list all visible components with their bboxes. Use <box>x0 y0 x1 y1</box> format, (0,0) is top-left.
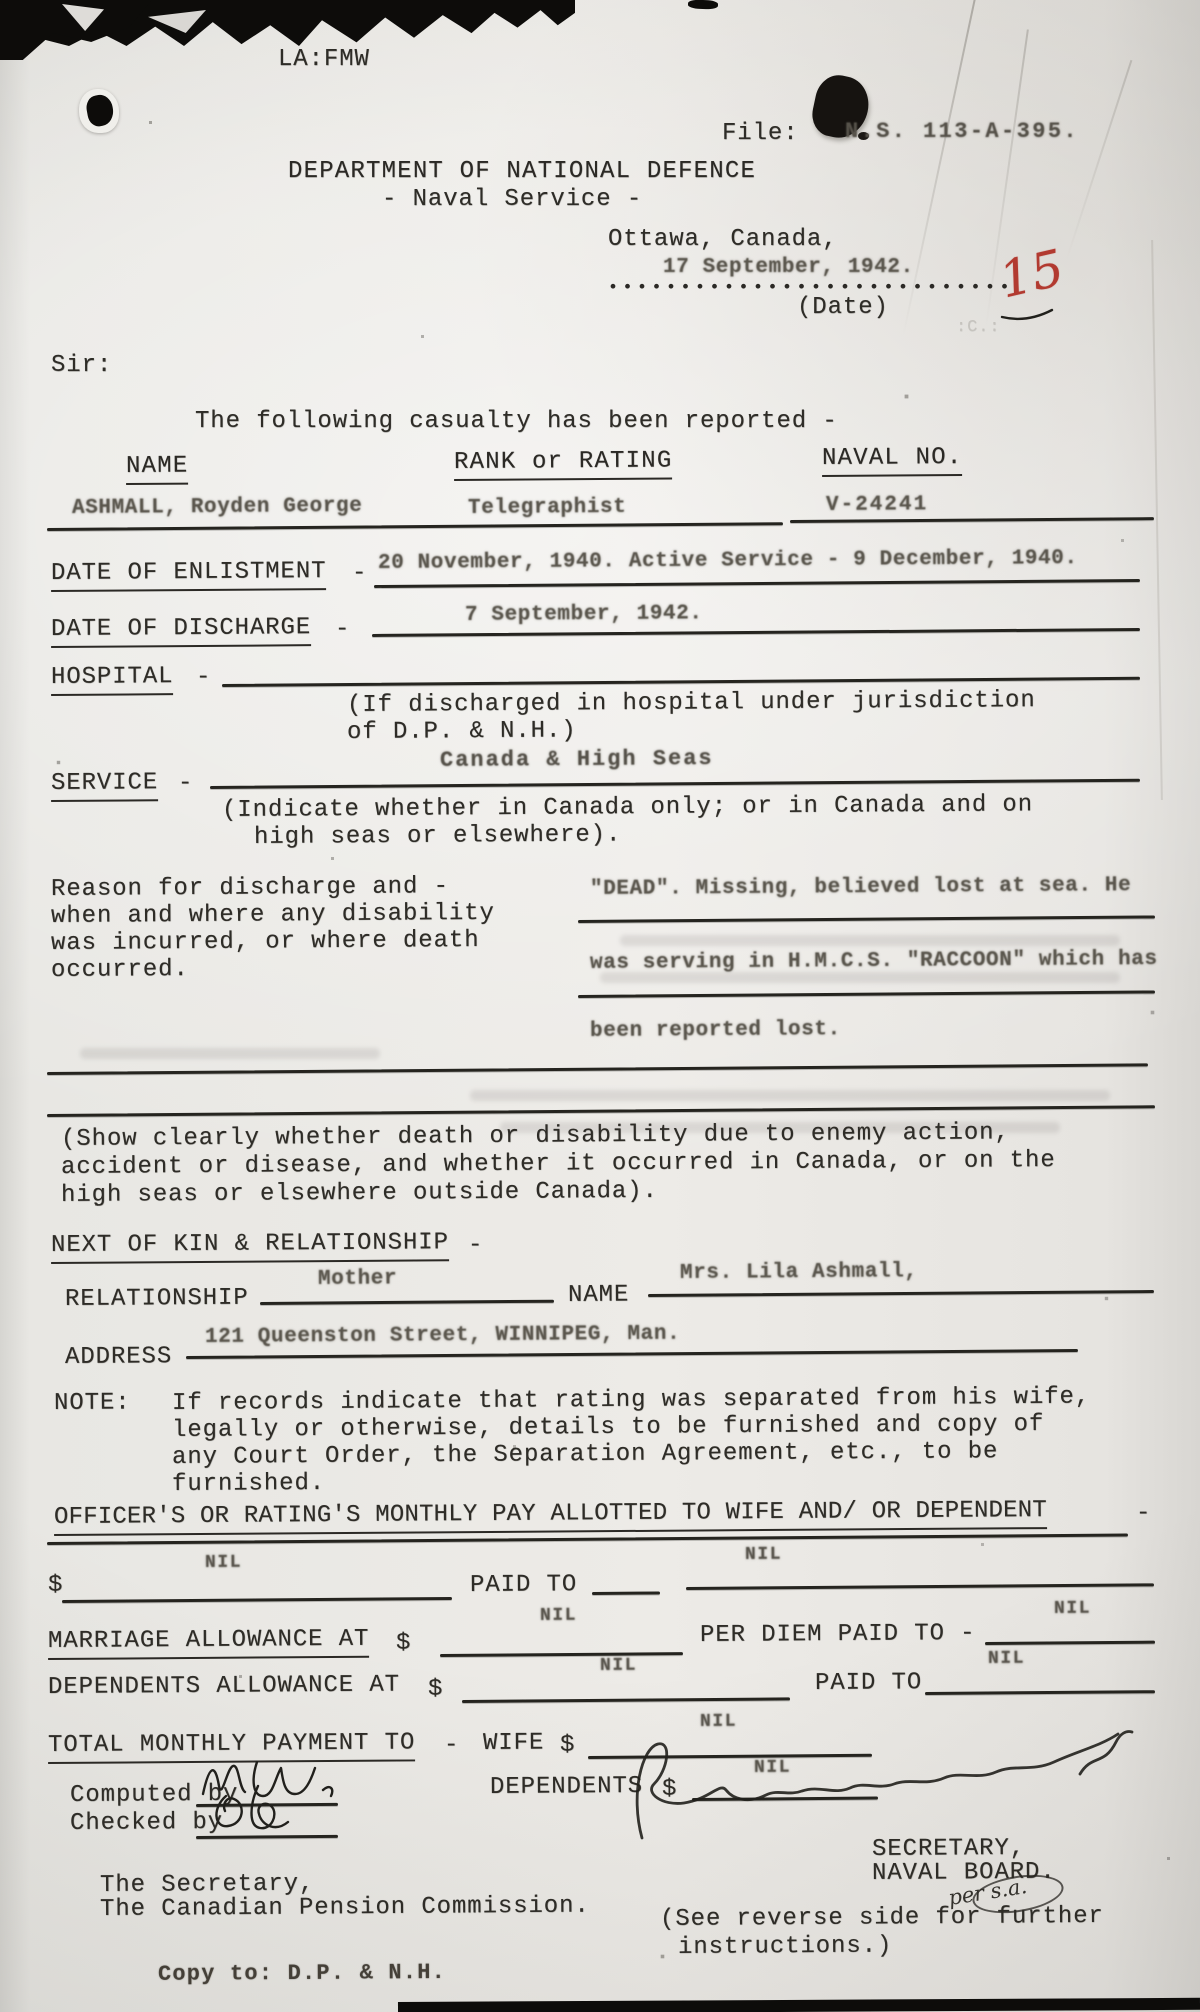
nil-pay-paid-to: NIL <box>745 1545 782 1566</box>
rule-pay-paid-to-short <box>592 1591 660 1595</box>
reason-label-line1: Reason for discharge and - <box>51 873 449 903</box>
discharge-dash: - <box>335 616 351 644</box>
relationship-label: RELATIONSHIP <box>65 1285 249 1314</box>
pay-dollar-sign: $ <box>48 1572 64 1600</box>
torn-edge-bottom <box>398 1998 1200 2012</box>
address-label: ADDRESS <box>65 1343 172 1371</box>
handwritten-red-number: 15 <box>994 240 1069 310</box>
reason-label-line3: was incurred, or where death <box>51 927 480 958</box>
wife-label: WIFE <box>483 1730 544 1758</box>
addressee-line2: The Canadian Pension Commission. <box>100 1893 590 1924</box>
pay-heading-dash: - <box>1136 1500 1152 1528</box>
service-value: Canada & High Seas <box>440 746 714 773</box>
nil-marriage-amount: NIL <box>540 1606 577 1627</box>
rule-blank-full <box>47 1105 1155 1117</box>
marriage-dollar-sign: $ <box>396 1630 412 1658</box>
nil-dependents-paid-to: NIL <box>988 1649 1025 1670</box>
casualty-name-value: ASHMALL, Royden George <box>72 495 363 521</box>
scanned-document-page: LA:FMW File: N.S. 113-A-395. DEPARTMENT … <box>0 0 1200 2012</box>
nok-name-value: Mrs. Lila Ashmall, <box>680 1260 918 1286</box>
rule-under-name-rank <box>47 522 783 531</box>
casualty-rank-value: Telegraphist <box>468 496 627 521</box>
rule-pay-amount <box>62 1597 452 1603</box>
hospital-note-line2: of D.P. & N.H.) <box>347 717 577 746</box>
discharge-label: DATE OF DISCHARGE <box>51 614 311 647</box>
nil-per-diem: NIL <box>1054 1599 1091 1620</box>
service-label-text: SERVICE <box>51 769 158 801</box>
rule-reason-3-full <box>47 1063 1148 1075</box>
file-number: N.S. 113-A-395. <box>845 119 1079 144</box>
rule-dependents-paid-to <box>925 1690 1155 1695</box>
reason-label-line2: when and where any disability <box>51 900 495 931</box>
hospital-dash: - <box>196 664 212 692</box>
enlistment-value: 20 November, 1940. Active Service - 9 De… <box>378 547 1078 576</box>
pay-heading: OFFICER'S OR RATING'S MONTHLY PAY ALLOTT… <box>54 1497 1047 1536</box>
show-note-line2: accident or disease, and whether it occu… <box>61 1147 1056 1182</box>
bleedthrough-text <box>80 1048 380 1059</box>
rule-nok-name <box>648 1290 1154 1297</box>
discharge-value: 7 September, 1942. <box>465 602 703 628</box>
total-dash: - <box>444 1732 460 1760</box>
crease-line <box>1066 60 1133 260</box>
nil-dependents-amount: NIL <box>600 1656 637 1677</box>
next-of-kin-dash: - <box>468 1232 484 1260</box>
reason-value-line3: been reported lost. <box>590 1018 841 1044</box>
rule-marriage-amount <box>440 1652 683 1657</box>
relationship-value: Mother <box>318 1267 397 1292</box>
hospital-note-line1: (If discharged in hospital under jurisdi… <box>347 687 1036 719</box>
date-value: 17 September, 1942. <box>663 256 914 280</box>
pay-heading-text: OFFICER'S OR RATING'S MONTHLY PAY ALLOTT… <box>54 1497 1047 1536</box>
typist-initials: LA:FMW <box>278 46 370 74</box>
service-label: SERVICE <box>51 769 158 801</box>
bleedthrough-text <box>620 935 1120 946</box>
faint-pencil-mark: :C.: <box>956 318 1000 338</box>
place-line: Ottawa, Canada, <box>608 226 838 254</box>
pay-paid-to-label: PAID TO <box>470 1571 577 1599</box>
column-header-rank-label: RANK or RATING <box>454 447 673 480</box>
address-value: 121 Queenston Street, WINNIPEG, Man. <box>205 1323 680 1350</box>
reverse-note-line1: (See reverse side for further <box>660 1903 1104 1934</box>
service-note-line1: (Indicate whether in Canada only; or in … <box>222 791 1033 824</box>
dependents-allowance-label: DEPENDENTS ALLOWANCE AT <box>48 1672 400 1702</box>
reason-value-line1: "DEAD". Missing, believed lost at sea. H… <box>590 874 1131 902</box>
red-underline-swoosh <box>1000 306 1054 322</box>
rule-reason-1 <box>578 915 1155 923</box>
note-label: NOTE: <box>54 1389 131 1417</box>
date-caption: (Date) <box>797 294 889 322</box>
bleedthrough-text <box>470 1090 1110 1101</box>
column-header-name-label: NAME <box>126 453 189 485</box>
rule-hospital <box>222 677 1140 687</box>
reverse-note-line2: instructions.) <box>678 1933 892 1962</box>
show-note-line3: high seas or elsewhere outside Canada). <box>61 1178 658 1210</box>
column-header-name: NAME <box>126 453 189 485</box>
per-diem-label: PER DIEM PAID TO - <box>700 1620 976 1650</box>
marriage-allowance-label-text: MARRIAGE ALLOWANCE AT <box>48 1626 370 1660</box>
rule-under-naval-no <box>790 517 1154 523</box>
enlistment-dash: - <box>352 560 368 588</box>
intro-line: The following casualty has been reported… <box>195 408 838 436</box>
next-of-kin-heading-text: NEXT OF KIN & RELATIONSHIP <box>51 1229 449 1263</box>
rule-discharge <box>372 628 1140 637</box>
rule-per-diem <box>985 1641 1155 1645</box>
paper-speckles <box>0 0 1 1</box>
note-line3: any Court Order, the Separation Agreemen… <box>172 1438 999 1471</box>
salutation: Sir: <box>51 352 112 380</box>
rule-enlistment <box>374 579 1140 588</box>
service-dash: - <box>178 770 194 798</box>
naval-service-subtitle: - Naval Service - <box>382 186 642 214</box>
column-header-naval-no-label: NAVAL NO. <box>822 444 963 477</box>
checked-by-signature <box>200 1778 350 1836</box>
file-label: File: <box>722 120 799 148</box>
rule-service <box>210 779 1140 789</box>
service-note-line2: high seas or elsewhere). <box>254 821 621 851</box>
dependents-paid-to-label: PAID TO <box>815 1669 922 1697</box>
hospital-label-text: HOSPITAL <box>51 663 174 695</box>
rule-dependents-amount <box>462 1697 790 1703</box>
column-header-naval-no: NAVAL NO. <box>822 444 963 477</box>
next-of-kin-heading: NEXT OF KIN & RELATIONSHIP <box>51 1229 449 1263</box>
copy-to-line: Copy to: D.P. & N.H. <box>158 1960 446 1987</box>
rule-checked-by <box>196 1835 338 1839</box>
rule-reason-2 <box>578 990 1155 998</box>
rule-relationship <box>260 1300 554 1305</box>
rule-address <box>186 1349 1078 1359</box>
enlistment-label: DATE OF ENLISTMENT <box>51 558 327 592</box>
date-dotted-line <box>610 283 1010 290</box>
reason-value-line2: was serving in H.M.C.S. "RACCOON" which … <box>590 948 1158 976</box>
nok-name-label: NAME <box>568 1282 629 1310</box>
department-title: DEPARTMENT OF NATIONAL DEFENCE <box>288 158 756 186</box>
marriage-allowance-label: MARRIAGE ALLOWANCE AT <box>48 1626 370 1660</box>
note-line4: furnished. <box>172 1470 325 1499</box>
nil-pay-amount: NIL <box>205 1553 242 1574</box>
hospital-label: HOSPITAL <box>51 663 174 695</box>
torn-speck-top <box>688 0 718 10</box>
discharge-label-text: DATE OF DISCHARGE <box>51 614 311 647</box>
column-header-rank: RANK or RATING <box>454 447 673 480</box>
rule-pay-paid-to-long <box>686 1583 1154 1590</box>
casualty-naval-no-value: V-24241 <box>826 493 928 518</box>
enlistment-label-text: DATE OF ENLISTMENT <box>51 558 327 592</box>
reason-label-line4: occurred. <box>51 956 189 985</box>
wife-dollar-sign: $ <box>560 1732 576 1760</box>
rule-under-pay-heading <box>47 1534 1128 1545</box>
dependents-dollar-sign: $ <box>428 1676 444 1704</box>
